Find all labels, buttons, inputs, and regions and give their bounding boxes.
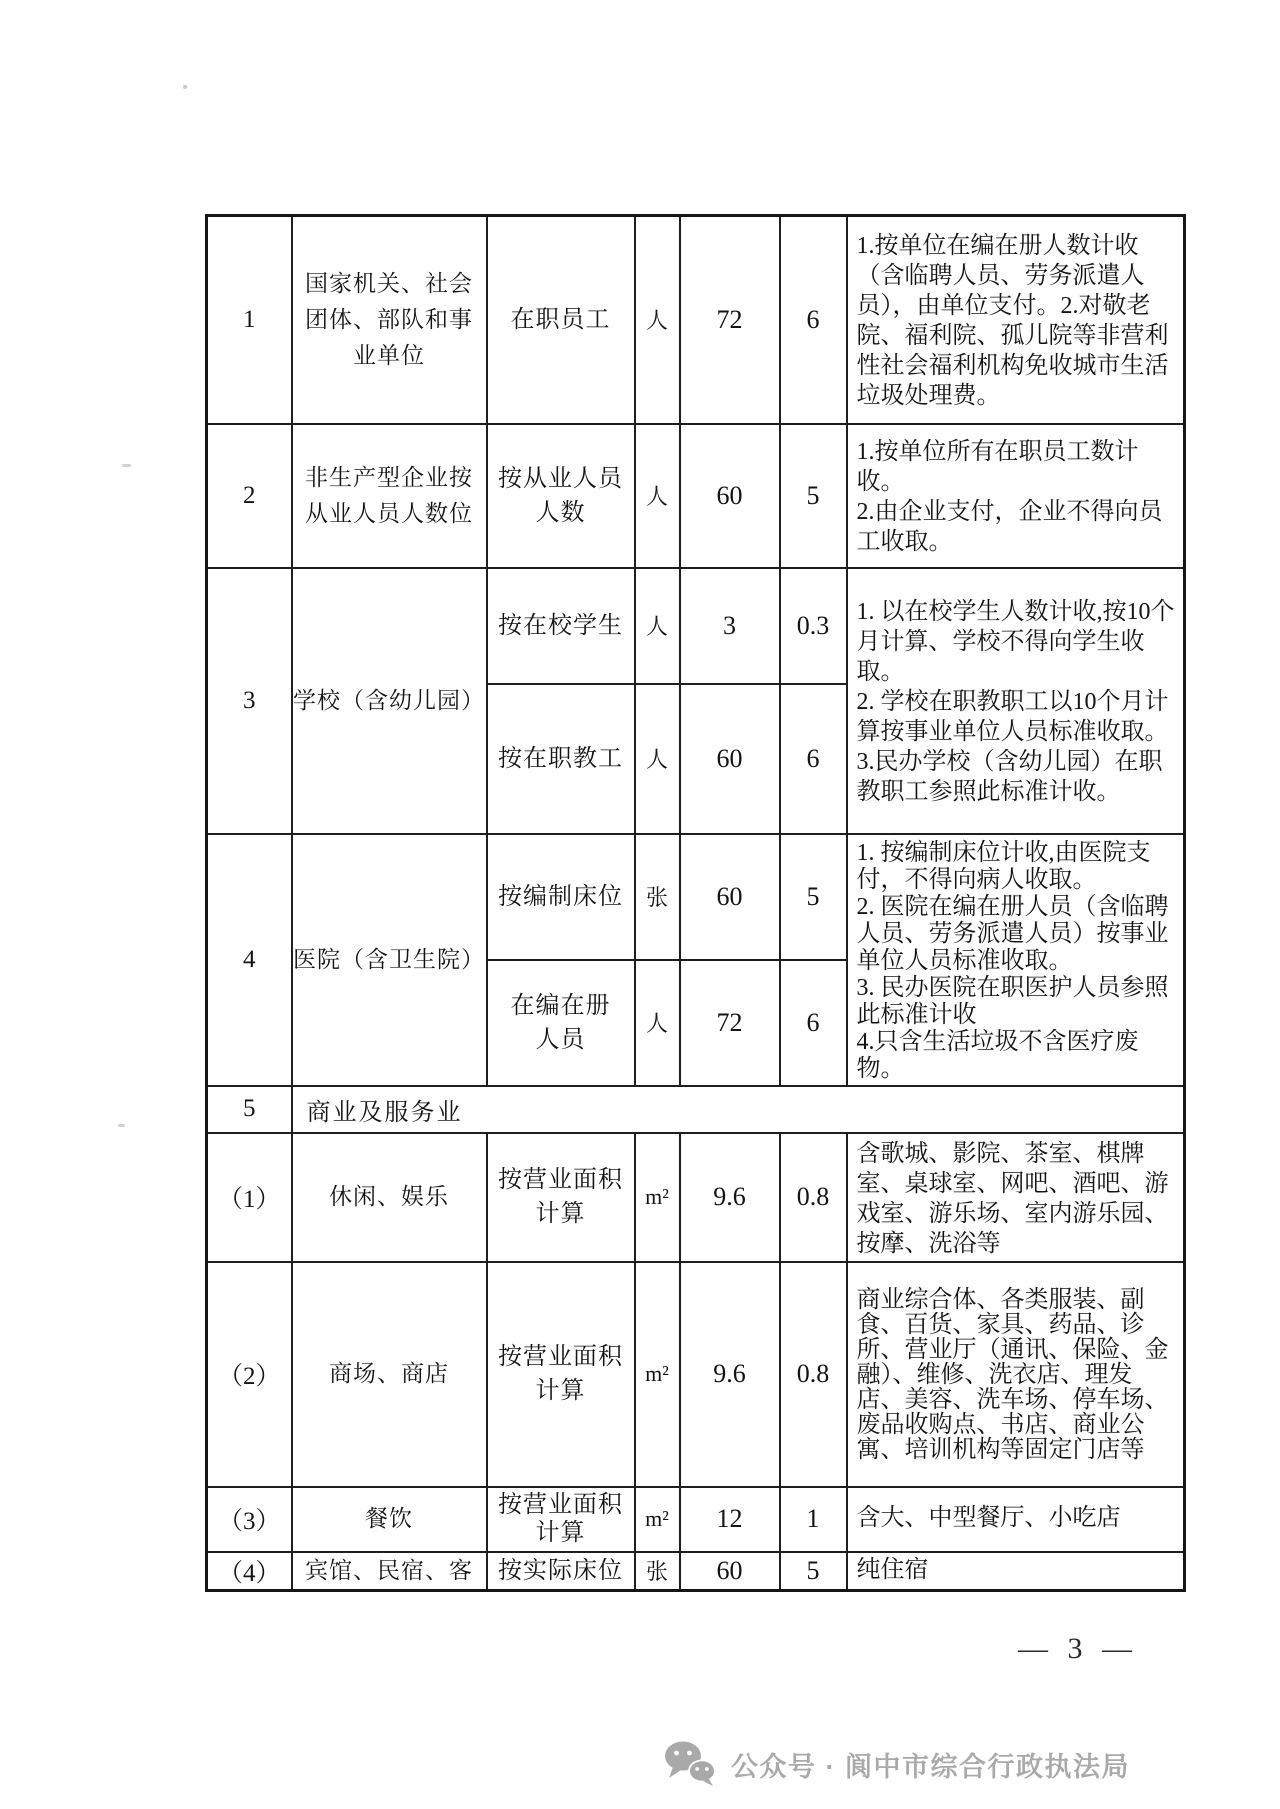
p1-note: 含歌城、影院、茶室、棋牌室、桌球室、网吧、酒吧、游戏室、游乐场、室内游乐园、按摩… — [847, 1133, 1185, 1262]
r4b-std1: 72 — [680, 960, 780, 1086]
r3-no: 3 — [207, 568, 292, 834]
p2-category: 商场、商店 — [292, 1262, 487, 1487]
p1-method: 按营业面积 计算 — [487, 1133, 635, 1262]
r3b-method: 按在职教工 — [487, 684, 635, 834]
p3-method: 按营业面积 计算 — [487, 1487, 635, 1552]
wechat-icon — [663, 1740, 719, 1788]
p4-std1: 60 — [680, 1552, 780, 1591]
r3-note: 1. 以在校学生人数计收,按10个月计算、学校不得向学生收取。 2. 学校在职教… — [847, 568, 1185, 834]
table-row: 5 商业及服务业 — [207, 1086, 1185, 1133]
table-row: 4 医院（含卫生院） 按编制床位 张 60 5 1. 按编制床位计收,由医院支付… — [207, 834, 1185, 960]
r1-method: 在职员工 — [487, 216, 635, 424]
r3a-std1: 3 — [680, 568, 780, 684]
p2-std2: 0.8 — [780, 1262, 847, 1487]
r1-note: 1.按单位在编在册人数计收（含临聘人员、劳务派遣人员），由单位支付。2.对敬老院… — [847, 216, 1185, 424]
p1-no: （1） — [207, 1133, 292, 1262]
p2-unit: m² — [635, 1262, 680, 1487]
r1-std2: 6 — [780, 216, 847, 424]
p4-method: 按实际床位 — [487, 1552, 635, 1591]
r4a-method: 按编制床位 — [487, 834, 635, 960]
table-row: 1 国家机关、社会 团体、部队和事 业单位 在职员工 人 72 6 1.按单位在… — [207, 216, 1185, 424]
r3a-method: 按在校学生 — [487, 568, 635, 684]
p1-std1: 9.6 — [680, 1133, 780, 1262]
p3-unit: m² — [635, 1487, 680, 1552]
p3-std2: 1 — [780, 1487, 847, 1552]
r2-note: 1.按单位所有在职员工数计收。 2.由企业支付，企业不得向员工收取。 — [847, 424, 1185, 568]
page-number: — 3 — — [1018, 1632, 1138, 1666]
r4-no: 4 — [207, 834, 292, 1086]
r1-no: 1 — [207, 216, 292, 424]
p4-no: （4） — [207, 1552, 292, 1591]
r3b-unit: 人 — [635, 684, 680, 834]
r1-unit: 人 — [635, 216, 680, 424]
p3-no: （3） — [207, 1487, 292, 1552]
scan-artifact — [183, 85, 187, 89]
r4a-std2: 5 — [780, 834, 847, 960]
r2-std1: 60 — [680, 424, 780, 568]
p2-no: （2） — [207, 1262, 292, 1487]
r3b-std2: 6 — [780, 684, 847, 834]
r4b-std2: 6 — [780, 960, 847, 1086]
r3a-unit: 人 — [635, 568, 680, 684]
scan-artifact — [122, 464, 131, 467]
r2-no: 2 — [207, 424, 292, 568]
p4-category: 宾馆、民宿、客 — [292, 1552, 487, 1591]
p3-category: 餐饮 — [292, 1487, 487, 1552]
r5-category: 商业及服务业 — [292, 1086, 1185, 1133]
r2-category: 非生产型企业按 从业人员人数位 — [292, 424, 487, 568]
p2-note: 商业综合体、各类服装、副食、百货、家具、药品、诊所、营业厅（通讯、保险、金融）、… — [847, 1262, 1185, 1487]
fee-standard-table: 1 国家机关、社会 团体、部队和事 业单位 在职员工 人 72 6 1.按单位在… — [205, 214, 1183, 1592]
r4-note: 1. 按编制床位计收,由医院支付，不得向病人收取。 2. 医院在编在册人员（含临… — [847, 834, 1185, 1086]
p1-std2: 0.8 — [780, 1133, 847, 1262]
r4-category: 医院（含卫生院） — [292, 834, 487, 1086]
p4-std2: 5 — [780, 1552, 847, 1591]
p1-unit: m² — [635, 1133, 680, 1262]
r4a-std1: 60 — [680, 834, 780, 960]
table-row: （3） 餐饮 按营业面积 计算 m² 12 1 含大、中型餐厅、小吃店 — [207, 1487, 1185, 1552]
table-row: 3 学校（含幼儿园） 按在校学生 人 3 0.3 1. 以在校学生人数计收,按1… — [207, 568, 1185, 684]
p2-method: 按营业面积 计算 — [487, 1262, 635, 1487]
r3a-std2: 0.3 — [780, 568, 847, 684]
p4-note: 纯住宿 — [847, 1552, 1185, 1591]
r3b-std1: 60 — [680, 684, 780, 834]
p3-note: 含大、中型餐厅、小吃店 — [847, 1487, 1185, 1552]
r4b-method: 在编在册 人员 — [487, 960, 635, 1086]
r2-method: 按从业人员 人数 — [487, 424, 635, 568]
scan-artifact — [118, 1124, 125, 1127]
table-row: （4） 宾馆、民宿、客 按实际床位 张 60 5 纯住宿 — [207, 1552, 1185, 1591]
table-row: （1） 休闲、娱乐 按营业面积 计算 m² 9.6 0.8 含歌城、影院、茶室、… — [207, 1133, 1185, 1262]
p2-std1: 9.6 — [680, 1262, 780, 1487]
p4-unit: 张 — [635, 1552, 680, 1591]
p3-std1: 12 — [680, 1487, 780, 1552]
p1-category: 休闲、娱乐 — [292, 1133, 487, 1262]
r1-std1: 72 — [680, 216, 780, 424]
r5-no: 5 — [207, 1086, 292, 1133]
table-row: （2） 商场、商店 按营业面积 计算 m² 9.6 0.8 商业综合体、各类服装… — [207, 1262, 1185, 1487]
r4b-unit: 人 — [635, 960, 680, 1086]
table-row: 2 非生产型企业按 从业人员人数位 按从业人员 人数 人 60 5 1.按单位所… — [207, 424, 1185, 568]
r1-category: 国家机关、社会 团体、部队和事 业单位 — [292, 216, 487, 424]
r2-std2: 5 — [780, 424, 847, 568]
wechat-footer: 公众号 · 阆中市综合行政执法局 — [663, 1740, 1130, 1788]
r4a-unit: 张 — [635, 834, 680, 960]
r3-category: 学校（含幼儿园） — [292, 568, 487, 834]
footer-label: 公众号 · 阆中市综合行政执法局 — [731, 1745, 1130, 1784]
r2-unit: 人 — [635, 424, 680, 568]
